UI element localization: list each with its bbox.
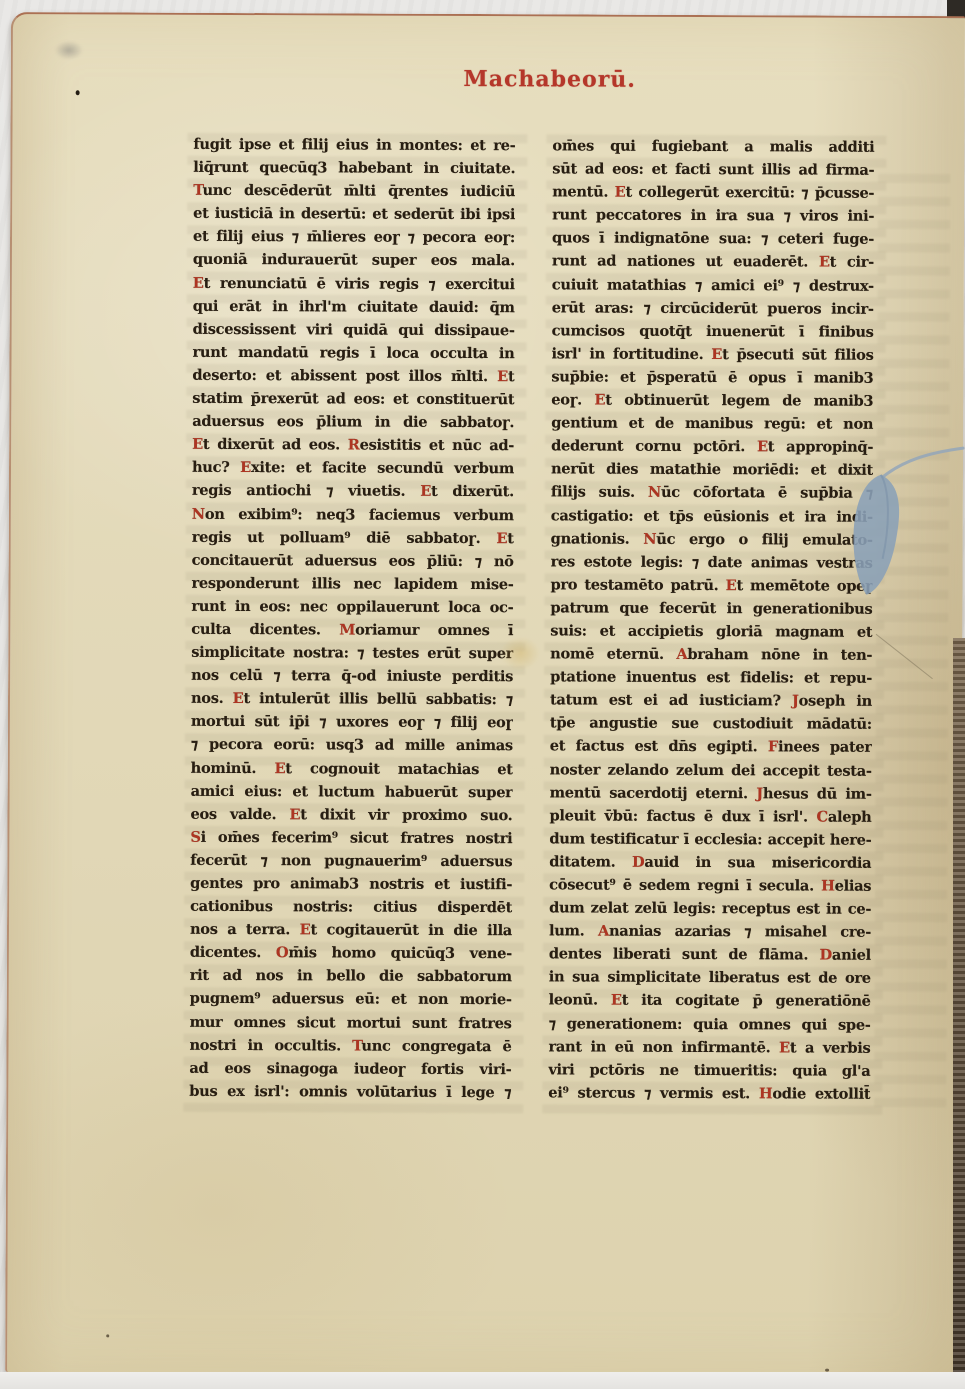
text-line: viri pctōris ne timueritis: quia gl'a	[548, 1058, 870, 1082]
text-line: Et renunciatū ē viris regis ⁊ exercitui	[193, 271, 515, 295]
text-line: ⁊ generationem: quia omnes qui spe-	[549, 1012, 871, 1036]
text-line: concitauerūt aduersus eos p̄liū: ⁊ nō	[192, 548, 514, 572]
text-line: fecerūt ⁊ non pugnauerim⁹ aduersus	[190, 849, 512, 873]
text-line: runt peccatores in ira sua ⁊ viros ini-	[552, 204, 874, 228]
text-line: ei⁹ stercus ⁊ vermis est. Hodie extollit…	[548, 1081, 870, 1105]
text-line: fugit ipse et filij eius in montes: et r…	[193, 133, 515, 157]
text-line: ditatem. Dauid in sua misericordia	[549, 850, 871, 874]
text-line: runt mandatū regis ī loca occulta in	[192, 341, 514, 365]
text-line: cationibus nostris: citius disperdēt	[190, 895, 512, 919]
text-line: leonū. Et ita cogitate p̄ generatiōnē	[549, 989, 871, 1013]
text-line: gentium et de manibus regū: et non	[551, 411, 873, 435]
text-line: cōsecut⁹ ē sedem regni ī secula. Helias	[549, 873, 871, 897]
text-line: et factus est dn̄s egipti. Finees pater	[550, 735, 872, 759]
text-line: quos ī indignatōne sua: ⁊ ceteri fuge-	[552, 227, 874, 251]
text-line: nos. Et intulerūt illis bellū sabbatis: …	[191, 687, 513, 711]
text-line: Et dixerūt ad eos. Resistitis et nūc ad-	[192, 433, 514, 457]
text-line: om̄es qui fugiebant a malis additi	[552, 134, 874, 158]
text-line: sup̄bie: et p̄speratū ē opus ī manib3	[551, 365, 873, 389]
text-line: quoniā indurauerūt super eos mala.	[193, 248, 515, 272]
text-line: hominū. Et cognouit matachias et	[191, 756, 513, 780]
text-line: sūt ad eos: et facti sunt illis ad firma…	[552, 157, 874, 181]
text-line: pro testamēto patrū. Et memētote opeɼ	[550, 573, 872, 597]
text-column-right: om̄es qui fugiebant a malis additisūt ad…	[548, 134, 874, 1105]
text-column-left: fugit ipse et filij eius in montes: et r…	[189, 133, 515, 1104]
text-line: nerūt dies matathie moriēdi: et dixit	[551, 458, 873, 482]
text-line: eos valde. Et dixit vir proximo suo.	[190, 803, 512, 827]
text-line: pugnem⁹ aduersus eū: et non morie-	[190, 987, 512, 1011]
text-line: Si om̄es fecerim⁹ sicut fratres nostri	[190, 826, 512, 850]
text-line: tp̄e angustie sue custodiuit mādatū:	[550, 712, 872, 736]
text-line: gentes pro animab3 nostris et iustifi-	[190, 872, 512, 896]
book-page-edges	[953, 638, 965, 1385]
parchment-page: Machabeorū. fugit ipse et filij eius in …	[5, 12, 965, 1376]
text-line: patrum que fecerūt in generationibus	[550, 596, 872, 620]
text-line: simplicitate nostra: ⁊ testes erūt super	[191, 641, 513, 665]
text-line: runt in eos: nec oppilauerunt loca oc-	[191, 595, 513, 619]
text-line: regis antiochi ⁊ viuetis. Et dixerūt.	[192, 479, 514, 503]
text-line: mortui sūt ip̄i ⁊ uxores eoɼ ⁊ filij eoɼ	[191, 710, 513, 734]
text-line: huc? Exite: et facite secundū verbum	[192, 456, 514, 480]
text-line: aduersus eos p̄lium in die sabbatoɼ.	[192, 410, 514, 434]
running-title: Machabeorū.	[450, 66, 650, 93]
text-line: cuiuit matathias ⁊ amici ei⁹ ⁊ destrux-	[552, 273, 874, 297]
text-line: eoɼ. Et obtinuerūt legem de manib3	[551, 388, 873, 412]
text-line: rant in eū non infirmantē. Et a verbis	[548, 1035, 870, 1059]
text-line: mur omnes sicut mortui sunt fratres	[190, 1010, 512, 1034]
text-line: nomē eternū. Abraham nōne in ten-	[550, 642, 872, 666]
text-line: mentū sacerdotij eterni. Jhesus dū im-	[550, 781, 872, 805]
text-line: discessissent viri quidā qui dissipaue-	[193, 318, 515, 342]
text-line: res estote legis: ⁊ date animas vestras	[551, 550, 873, 574]
text-line: responderunt illis nec lapidem mise-	[191, 572, 513, 596]
text-line: et iusticiā in desertū: et sederūt ibi i…	[193, 202, 515, 226]
text-line: lum. Ananias azarias ⁊ misahel cre-	[549, 920, 871, 944]
text-line: in sua simplicitate liberatus est de ore	[549, 966, 871, 990]
text-line: rit ad nos in bello die sabbatorum	[190, 964, 512, 988]
backdrop	[0, 1372, 965, 1389]
text-line: pleuit v̄bū: factus ē dux ī isrl'. Calep…	[549, 804, 871, 828]
text-line: liq̄runt quecūq3 habebant in ciuitate.	[193, 156, 515, 180]
text-line: nos celū ⁊ terra q̄-od iniuste perditis	[191, 664, 513, 688]
text-line: dum zelat zelū legis: receptus est in ce…	[549, 896, 871, 920]
leaf-decoration	[844, 431, 965, 602]
text-line: qui erāt in ihrl'm ciuitate dauid: q̄m	[193, 294, 515, 318]
text-line: regis ut polluam⁹ diē sabbatoɼ. Et	[192, 525, 514, 549]
text-line: deserto: et abissent post illos m̄lti. E…	[192, 364, 514, 388]
text-line: culta dicentes. Moriamur omnes ī	[191, 618, 513, 642]
text-line: et filij eius ⁊ m̄lieres eoɼ ⁊ pecora eo…	[193, 225, 515, 249]
text-line: tatum est ei ad iusticiam? Joseph in	[550, 689, 872, 713]
text-line: cumcisos quotq̄t inuenerūt ī finibus	[552, 319, 874, 343]
text-line: runt ad nationes ut euaderēt. Et cir-	[552, 250, 874, 274]
text-line: ad eos sinagoga iudeoɼ fortis viri-	[189, 1057, 511, 1081]
text-line: Non exibim⁹: neq3 faciemus verbum	[192, 502, 514, 526]
text-line: noster zelando zelum dei accepit testa-	[550, 758, 872, 782]
text-line: Tunc descēderūt m̄lti q̄rentes iudiciū	[193, 179, 515, 203]
text-line: dentes liberati sunt de flāma. Daniel	[549, 943, 871, 967]
text-line: dederunt cornu pctōri. Et appropinq̄-	[551, 435, 873, 459]
text-line: erūt aras: ⁊ circūciderūt pueros incir-	[552, 296, 874, 320]
text-line: bus ex isrl': omnis volūtarius ī lege ⁊	[189, 1080, 511, 1104]
text-line: ptatione inuentus est fidelis: et repu-	[550, 666, 872, 690]
text-line: dum testificatur ī ecclesia: accepit her…	[549, 827, 871, 851]
ink-spot	[76, 90, 80, 95]
text-line: statim p̄rexerūt ad eos: et constituerūt	[192, 387, 514, 411]
text-line: suis: et accipietis gloriā magnam et	[550, 619, 872, 643]
text-line: isrl' in fortitudine. Et p̄secuti sūt fi…	[551, 342, 873, 366]
pencil-inscription	[54, 40, 84, 60]
parchment-stain	[500, 636, 540, 670]
manuscript-scan: Machabeorū. fugit ipse et filij eius in …	[0, 0, 965, 1389]
text-line: ⁊ pecora eorū: usq3 ad mille animas	[191, 733, 513, 757]
text-line: dicentes. Om̄is homo quicūq3 vene-	[190, 941, 512, 965]
text-line: castigatio: et tp̄s eūsionis et ira indi…	[551, 504, 873, 528]
hairline-scratch	[876, 634, 933, 679]
text-line: amici eius: et luctum habuerūt super	[191, 779, 513, 803]
text-line: filijs suis. Nūc cōfortata ē sup̄bia ⁊	[551, 481, 873, 505]
text-line: nos a terra. Et cogitauerūt in die illa	[190, 918, 512, 942]
text-line: nostri in occultis. Tunc congregata ē	[189, 1033, 511, 1057]
ink-speck	[106, 1334, 109, 1337]
text-line: mentū. Et collegerūt exercitū: ⁊ p̄cusse…	[552, 181, 874, 205]
text-line: gnationis. Nūc ergo o filij emulato-	[551, 527, 873, 551]
